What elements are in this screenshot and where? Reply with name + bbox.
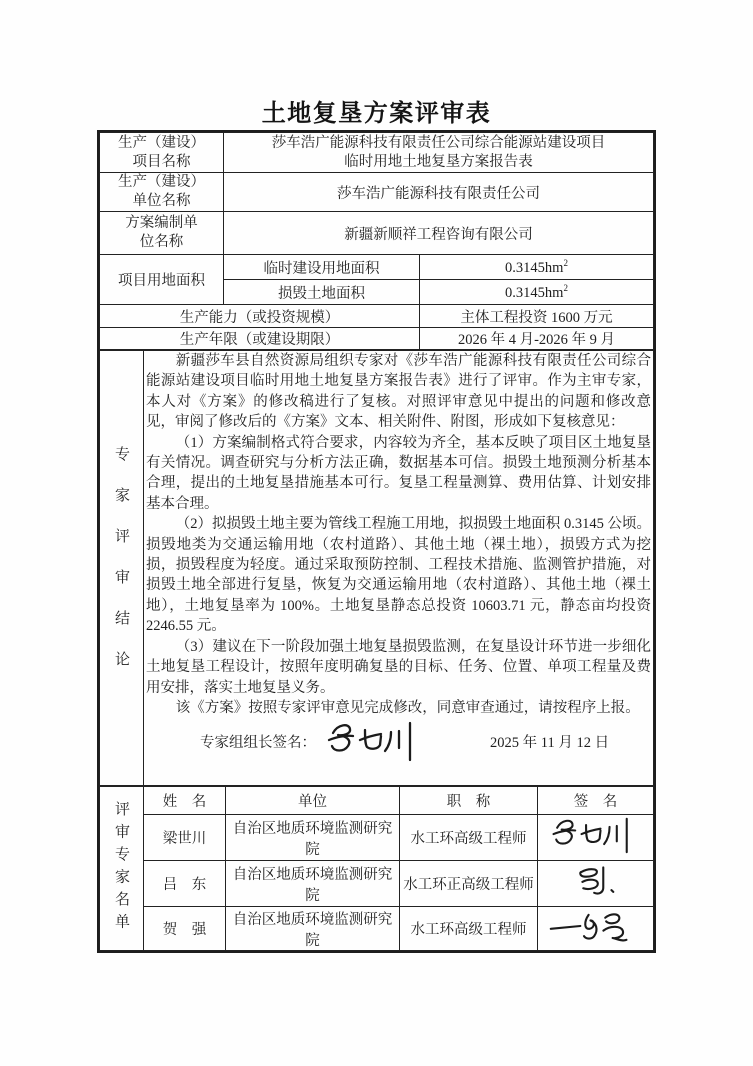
area-value: 0.3145hm xyxy=(505,284,563,300)
review-date: 2025 年 11 月 12 日 xyxy=(490,731,609,752)
page-title: 土地复垦方案评审表 xyxy=(0,93,753,128)
damaged-land-area-value: 0.3145hm2 xyxy=(420,280,654,305)
conclusion-text-cell: 新疆莎车县自然资源局组织专家对《莎车浩广能源科技有限责任公司综合能源站建设项目临… xyxy=(144,351,654,786)
column-header-name: 姓 名 xyxy=(144,787,226,815)
review-form-table: 生产（建设） 项目名称 莎车浩广能源科技有限责任公司综合能源站建设项目 临时用地… xyxy=(97,130,656,953)
expert-signature-cell xyxy=(538,861,654,907)
conclusion-paragraph: （3）建议在下一阶段加强土地复垦损毁监测，在复垦设计环节进一步细化土地复垦工程设… xyxy=(146,637,651,698)
area-superscript: 2 xyxy=(563,283,568,293)
expert-list-table: 评审专家名单 姓 名 单位 职 称 签 名 梁世川 自治区地质环境监测研究院 水… xyxy=(99,786,654,951)
expert-unit: 自治区地质环境监测研究院 xyxy=(226,861,400,907)
column-header-sign: 签 名 xyxy=(538,787,654,815)
area-value: 0.3145hm xyxy=(505,259,563,275)
table-row: 方案编制单 位名称 新疆新顺祥工程咨询有限公司 xyxy=(100,212,654,255)
label-line: 生产（建设） xyxy=(102,134,221,153)
signature-handwriting xyxy=(568,861,624,901)
expert-row: 梁世川 自治区地质环境监测研究院 水工环高级工程师 xyxy=(100,815,654,861)
conclusion-side-label: 专家评审结论 xyxy=(111,444,132,692)
expert-conclusion-section: 专家评审结论 新疆莎车县自然资源局组织专家对《莎车浩广能源科技有限责任公司综合能… xyxy=(99,350,654,786)
table-row: 生产年限（或建设期限） 2026 年 4 月-2026 年 9 月 xyxy=(100,328,654,350)
expert-title: 水工环高级工程师 xyxy=(400,907,538,951)
table-row: 生产（建设） 单位名称 莎车浩广能源科技有限责任公司 xyxy=(100,173,654,212)
plan-compiler-value: 新疆新顺祥工程咨询有限公司 xyxy=(224,212,654,255)
conclusion-paragraph: 新疆莎车县自然资源局组织专家对《莎车浩广能源科技有限责任公司综合能源站建设项目临… xyxy=(146,351,651,433)
temp-land-area-value: 0.3145hm2 xyxy=(420,255,654,280)
expert-unit: 自治区地质环境监测研究院 xyxy=(226,815,400,861)
capacity-value: 主体工程投资 1600 万元 xyxy=(420,305,654,328)
table-row: 生产（建设） 项目名称 莎车浩广能源科技有限责任公司综合能源站建设项目 临时用地… xyxy=(100,133,654,173)
value-line: 临时用地土地复垦方案报告表 xyxy=(226,153,651,172)
conclusion-paragraph: （1）方案编制格式符合要求，内容较为齐全，基本反映了项目区土地复垦有关情况。调查… xyxy=(146,433,651,515)
label-line: 方案编制单 xyxy=(102,214,221,233)
duration-label: 生产年限（或建设期限） xyxy=(100,328,420,350)
signature-handwriting xyxy=(549,815,643,855)
leader-signature-row: 专家组组长签名： 2025 年 11 月 12 日 xyxy=(146,719,651,763)
project-name-label: 生产（建设） 项目名称 xyxy=(100,133,224,173)
experts-side-label-cell: 评审专家名单 xyxy=(100,787,144,951)
expert-row: 贺 强 自治区地质环境监测研究院 水工环高级工程师 xyxy=(100,907,654,951)
leader-signature-handwriting xyxy=(324,719,428,763)
signature-handwriting xyxy=(548,907,644,945)
document-page: 土地复垦方案评审表 生产（建设） 项目名称 莎车浩广能源科技有限责任公司综合能源… xyxy=(0,0,753,1066)
expert-table-header-row: 评审专家名单 姓 名 单位 职 称 签 名 xyxy=(100,787,654,815)
table-row: 生产能力（或投资规模） 主体工程投资 1600 万元 xyxy=(100,305,654,328)
duration-value: 2026 年 4 月-2026 年 9 月 xyxy=(420,328,654,350)
expert-name: 梁世川 xyxy=(144,815,226,861)
area-superscript: 2 xyxy=(563,258,568,268)
plan-compiler-label: 方案编制单 位名称 xyxy=(100,212,224,255)
expert-signature-cell xyxy=(538,907,654,951)
expert-title: 水工环正高级工程师 xyxy=(400,861,538,907)
table-row: 专家评审结论 新疆莎车县自然资源局组织专家对《莎车浩广能源科技有限责任公司综合能… xyxy=(100,351,654,786)
experts-side-label: 评审专家名单 xyxy=(111,801,132,936)
expert-name: 吕 东 xyxy=(144,861,226,907)
conclusion-paragraph: （2）拟损毁土地主要为管线工程施工用地，拟损毁土地面积 0.3145 公顷。损毁… xyxy=(146,514,651,636)
capacity-label: 生产能力（或投资规模） xyxy=(100,305,420,328)
label-line: 生产（建设） xyxy=(102,173,221,192)
column-header-unit: 单位 xyxy=(226,787,400,815)
expert-signature-cell xyxy=(538,815,654,861)
damaged-land-area-name: 损毁土地面积 xyxy=(224,280,420,305)
conclusion-side-label-cell: 专家评审结论 xyxy=(100,351,144,786)
temp-land-area-name: 临时建设用地面积 xyxy=(224,255,420,280)
expert-unit: 自治区地质环境监测研究院 xyxy=(226,907,400,951)
expert-name: 贺 强 xyxy=(144,907,226,951)
label-line: 位名称 xyxy=(102,233,221,252)
project-info-table: 生产（建设） 项目名称 莎车浩广能源科技有限责任公司综合能源站建设项目 临时用地… xyxy=(99,132,654,350)
label-line: 单位名称 xyxy=(102,192,221,211)
value-line: 莎车浩广能源科技有限责任公司综合能源站建设项目 xyxy=(226,134,651,153)
unit-name-label: 生产（建设） 单位名称 xyxy=(100,173,224,212)
label-line: 项目名称 xyxy=(102,153,221,172)
expert-title: 水工环高级工程师 xyxy=(400,815,538,861)
unit-name-value: 莎车浩广能源科技有限责任公司 xyxy=(224,173,654,212)
column-header-title: 职 称 xyxy=(400,787,538,815)
table-row: 项目用地面积 临时建设用地面积 0.3145hm2 xyxy=(100,255,654,280)
conclusion-paragraph: 该《方案》按照专家评审意见完成修改，同意审查通过，请按程序上报。 xyxy=(146,698,651,718)
land-area-label: 项目用地面积 xyxy=(100,255,224,305)
project-name-value: 莎车浩广能源科技有限责任公司综合能源站建设项目 临时用地土地复垦方案报告表 xyxy=(224,133,654,173)
leader-signature-label: 专家组组长签名： xyxy=(200,731,316,752)
expert-row: 吕 东 自治区地质环境监测研究院 水工环正高级工程师 xyxy=(100,861,654,907)
